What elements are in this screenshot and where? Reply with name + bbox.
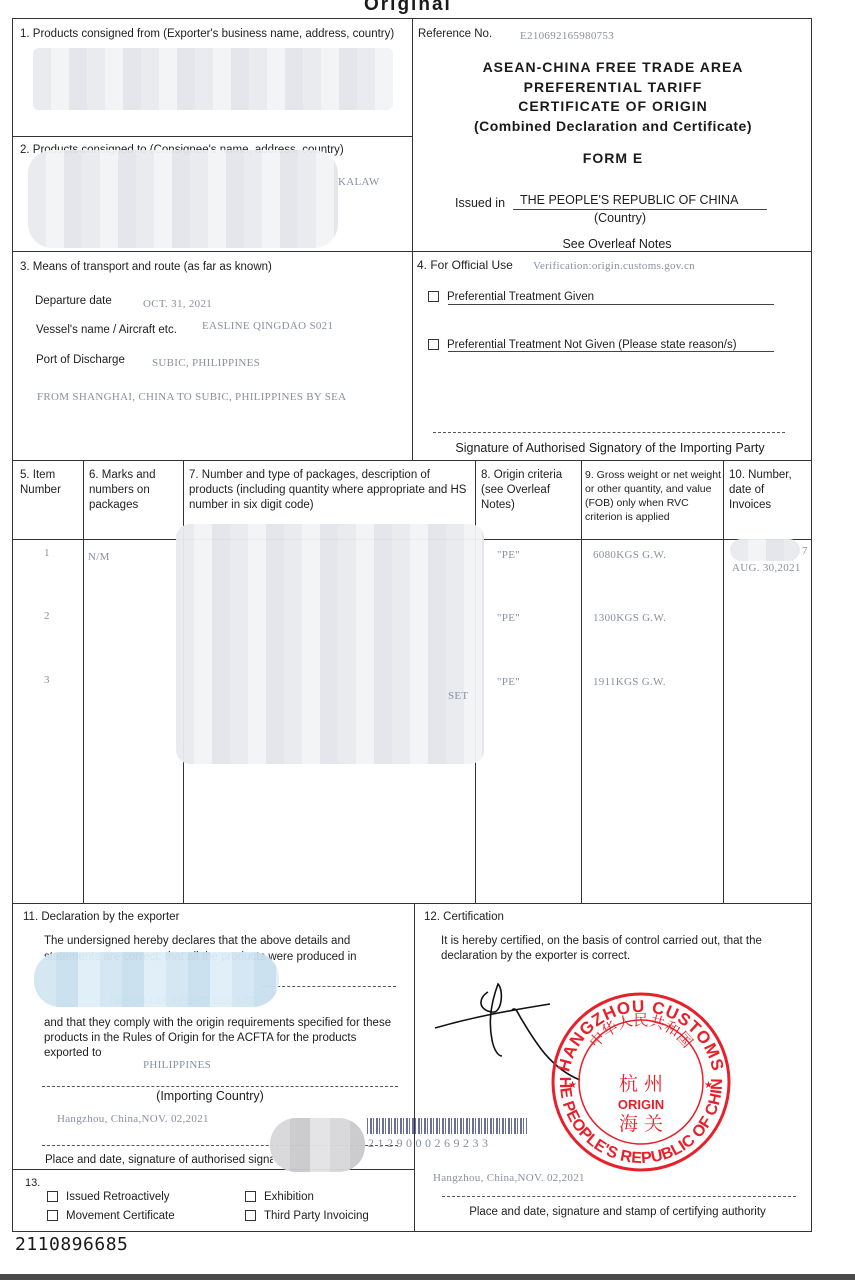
page-bottom-edge (0, 1274, 855, 1280)
row1-invoice-date: AUG. 30,2021 (732, 562, 801, 574)
row2-weight: 1300KGS G.W. (593, 612, 666, 624)
reference-label: Reference No. (418, 27, 492, 42)
redacted-exporter-stamp (34, 952, 279, 1007)
vessel-name: EASLINE QINGDAO S021 (202, 320, 333, 332)
option-label: Issued Retroactively (66, 1191, 170, 1203)
box13-label: 13. (25, 1176, 40, 1191)
certification-text: It is hereby certified, on the basis of … (441, 934, 811, 964)
stamp-center: ORIGIN (618, 1097, 664, 1112)
option-issued-retroactively[interactable]: Issued Retroactively (47, 1190, 170, 1205)
option-label: Movement Certificate (66, 1210, 175, 1222)
option-third-party-invoicing[interactable]: Third Party Invoicing (245, 1209, 369, 1224)
document-title: Original (364, 0, 452, 16)
exporter-signature-caption: Place and date, signature of authorised … (45, 1153, 273, 1168)
issued-in-label: Issued in (455, 196, 505, 211)
preferential-given-option[interactable]: Preferential Treatment Given (428, 290, 594, 305)
row2-item: 2 (44, 610, 50, 622)
box1-label: 1. Products consigned from (Exporter's b… (20, 27, 405, 42)
row3-desc-fragment: SET (448, 690, 468, 702)
issued-in-value: THE PEOPLE'S REPUBLIC OF CHINA (520, 193, 738, 208)
redacted-exporter-signature (270, 1118, 365, 1172)
title-line-4: (Combined Declaration and Certificate) (414, 117, 812, 137)
svg-text:★: ★ (704, 1080, 713, 1091)
checkbox-preferential-given[interactable] (428, 291, 439, 302)
barcode-number: 2129000269233 (368, 1136, 492, 1151)
redacted-description (176, 524, 484, 764)
header-origin-criteria: 8. Origin criteria (see Overleaf Notes) (481, 468, 577, 513)
box11-label: 11. Declaration by the exporter (23, 910, 179, 925)
box4-label: 4. For Official Use (417, 258, 513, 273)
vessel-label: Vessel's name / Aircraft etc. (36, 323, 177, 338)
svg-text:★: ★ (568, 1080, 577, 1091)
importing-country-caption: (Importing Country) (100, 1089, 320, 1104)
declaration-text-1: The undersigned hereby declares that the… (44, 934, 404, 949)
certifier-place-date: Hangzhou, China,NOV. 02,2021 (433, 1172, 585, 1184)
row3-item: 3 (44, 674, 50, 686)
svg-text:HANGZHOU CUSTOMS: HANGZHOU CUSTOMS (554, 997, 727, 1074)
certifier-caption: Place and date, signature and stamp of c… (430, 1205, 805, 1220)
row2-origin: "PE" (497, 612, 520, 624)
box3-label: 3. Means of transport and route (as far … (20, 260, 272, 275)
header-item-number: 5. Item Number (20, 468, 80, 498)
option-label: Preferential Treatment Not Given (Please… (447, 339, 737, 351)
checkbox-preferential-not-given[interactable] (428, 339, 439, 350)
departure-label: Departure date (35, 294, 112, 309)
checkbox-issued-retroactively[interactable] (47, 1191, 58, 1202)
verification-url: Verification:origin.customs.gov.cn (533, 260, 695, 272)
checkbox-exhibition[interactable] (245, 1191, 256, 1202)
title-line-3: CERTIFICATE OF ORIGIN (414, 97, 812, 117)
row1-invoice-suffix: 7 (802, 545, 808, 557)
declaration-text-2: and that they comply with the origin req… (44, 1016, 404, 1061)
header-invoices: 10. Number, date of Invoices (729, 468, 809, 513)
checkbox-third-party-invoicing[interactable] (245, 1210, 256, 1221)
departure-date: OCT. 31, 2021 (143, 298, 212, 310)
header-weight: 9. Gross weight or net weight or other q… (585, 468, 721, 524)
exporter-place-date: Hangzhou, China,NOV. 02,2021 (57, 1113, 209, 1125)
importing-signatory-caption: Signature of Authorised Signatory of the… (430, 441, 790, 456)
row3-weight: 1911KGS G.W. (593, 676, 666, 688)
option-movement-certificate[interactable]: Movement Certificate (47, 1209, 175, 1224)
redacted-consignee (28, 150, 338, 248)
customs-stamp: HANGZHOU CUSTOMS THE PEOPLE'S REPUBLIC O… (546, 990, 736, 1175)
checkbox-movement-certificate[interactable] (47, 1210, 58, 1221)
form-title: ASEAN-CHINA FREE TRADE AREA PREFERENTIAL… (414, 58, 812, 136)
stamp-bottom: 海 关 (619, 1113, 663, 1135)
consignee-fragment: KALAW (338, 176, 380, 188)
option-label: Preferential Treatment Given (447, 291, 594, 303)
header-marks: 6. Marks and numbers on packages (89, 468, 179, 513)
port-label: Port of Discharge (36, 353, 125, 368)
row1-weight: 6080KGS G.W. (593, 549, 666, 561)
option-label: Third Party Invoicing (264, 1210, 369, 1222)
port-of-discharge: SUBIC, PHILIPPINES (152, 357, 260, 369)
title-line-1: ASEAN-CHINA FREE TRADE AREA (414, 58, 812, 78)
barcode (367, 1118, 527, 1134)
reference-number: E210692165980753 (520, 30, 614, 42)
stamp-outer-top: HANGZHOU CUSTOMS (554, 997, 727, 1074)
row1-marks: N/M (88, 551, 110, 563)
redacted-invoice-number (730, 539, 800, 561)
row3-origin: "PE" (497, 676, 520, 688)
header-description: 7. Number and type of packages, descript… (189, 468, 471, 513)
serial-number: 2110896685 (15, 1234, 128, 1255)
row1-item: 1 (44, 547, 50, 559)
overleaf-notes: See Overleaf Notes (500, 237, 734, 252)
stamp-city: 杭 州 (619, 1073, 663, 1095)
redacted-exporter (33, 48, 393, 110)
option-exhibition[interactable]: Exhibition (245, 1190, 314, 1205)
box12-label: 12. Certification (424, 910, 504, 925)
option-label: Exhibition (264, 1191, 314, 1203)
title-line-2: PREFERENTIAL TARIFF (414, 78, 812, 98)
importing-country: PHILIPPINES (143, 1059, 211, 1071)
country-caption: (Country) (520, 211, 720, 226)
route: FROM SHANGHAI, CHINA TO SUBIC, PHILIPPIN… (37, 391, 346, 403)
form-e-label: FORM E (414, 150, 812, 166)
row1-origin: "PE" (497, 549, 520, 561)
